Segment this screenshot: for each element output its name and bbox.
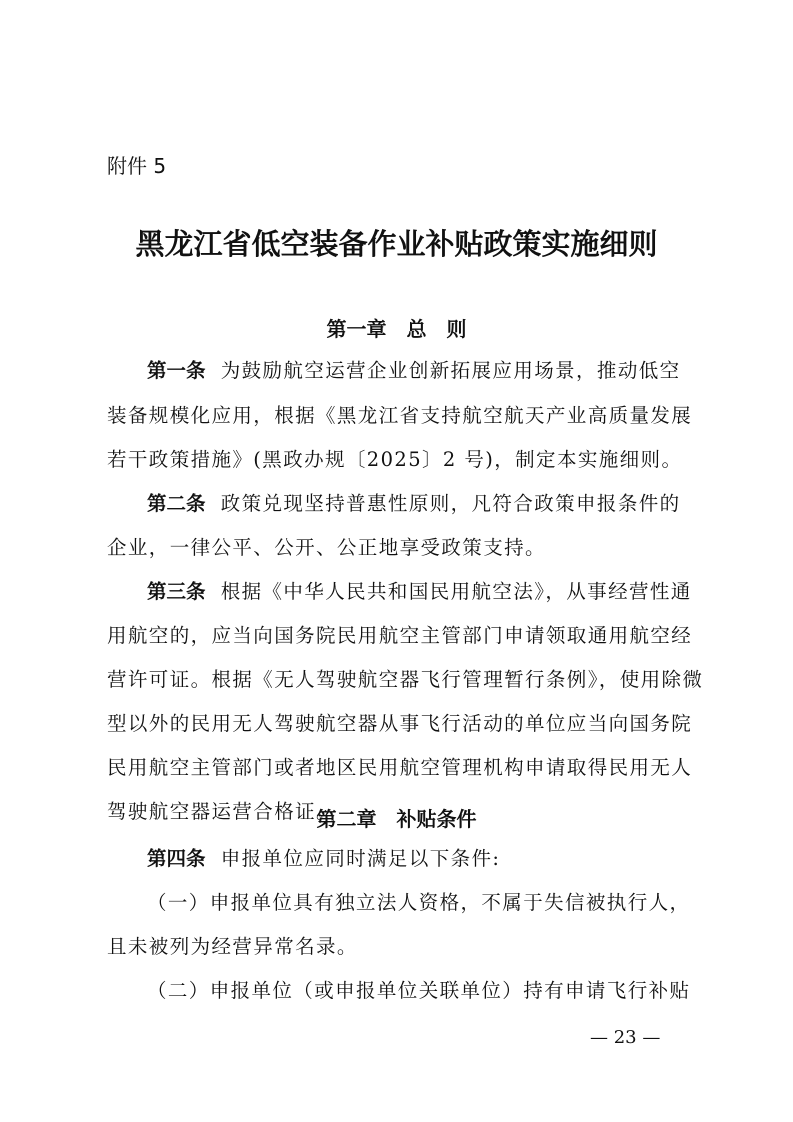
article-3-line-5: 民用航空主管部门或者地区民用航空管理机构申请取得民用无人 — [107, 752, 687, 780]
chapter-heading-1: 第一章 总 则 — [0, 313, 793, 342]
article-1-line-2: 装备规模化应用，根据《黑龙江省支持航空航天产业高质量发展 — [107, 400, 687, 428]
article-label: 第四条 — [147, 847, 206, 870]
article-2-line-2: 企业，一律公平、公开、公正地享受政策支持。 — [107, 532, 687, 560]
document-page: 附件 5 黑龙江省低空装备作业补贴政策实施细则 第一章 总 则 第一条 为鼓励航… — [0, 0, 793, 1122]
page-number: — 23 — — [590, 1027, 660, 1048]
document-title: 黑龙江省低空装备作业补贴政策实施细则 — [0, 222, 793, 263]
article-3-line-1: 第三条 根据《中华人民共和国民用航空法》，从事经营性通 — [147, 576, 687, 604]
article-1-line-3: 若干政策措施》(黑政办规〔2025〕2 号)，制定本实施细则。 — [107, 444, 687, 472]
article-label: 第二条 — [147, 492, 206, 515]
article-2-line-1: 第二条 政策兑现坚持普惠性原则，凡符合政策申报条件的 — [147, 488, 687, 516]
article-3-line-4: 型以外的民用无人驾驶航空器从事飞行活动的单位应当向国务院 — [107, 708, 687, 736]
article-1-line-1: 第一条 为鼓励航空运营企业创新拓展应用场景，推动低空 — [147, 355, 687, 383]
chapter-heading-2: 第二章 补贴条件 — [0, 803, 793, 832]
article-label: 第三条 — [147, 580, 206, 603]
article-4-line-4: （二）申报单位（或申报单位关联单位）持有申请飞行补贴 — [147, 975, 687, 1003]
article-3-line-2: 用航空的，应当向国务院民用航空主管部门申请领取通用航空经 — [107, 620, 687, 648]
article-4-line-2: （一）申报单位具有独立法人资格，不属于失信被执行人， — [147, 887, 687, 915]
attachment-label: 附件 5 — [107, 150, 166, 179]
article-3-line-3: 营许可证。根据《无人驾驶航空器飞行管理暂行条例》，使用除微 — [107, 664, 687, 692]
article-4-line-1: 第四条 申报单位应同时满足以下条件: — [147, 843, 687, 871]
article-4-line-3: 且未被列为经营异常名录。 — [107, 931, 687, 959]
article-label: 第一条 — [147, 359, 206, 382]
